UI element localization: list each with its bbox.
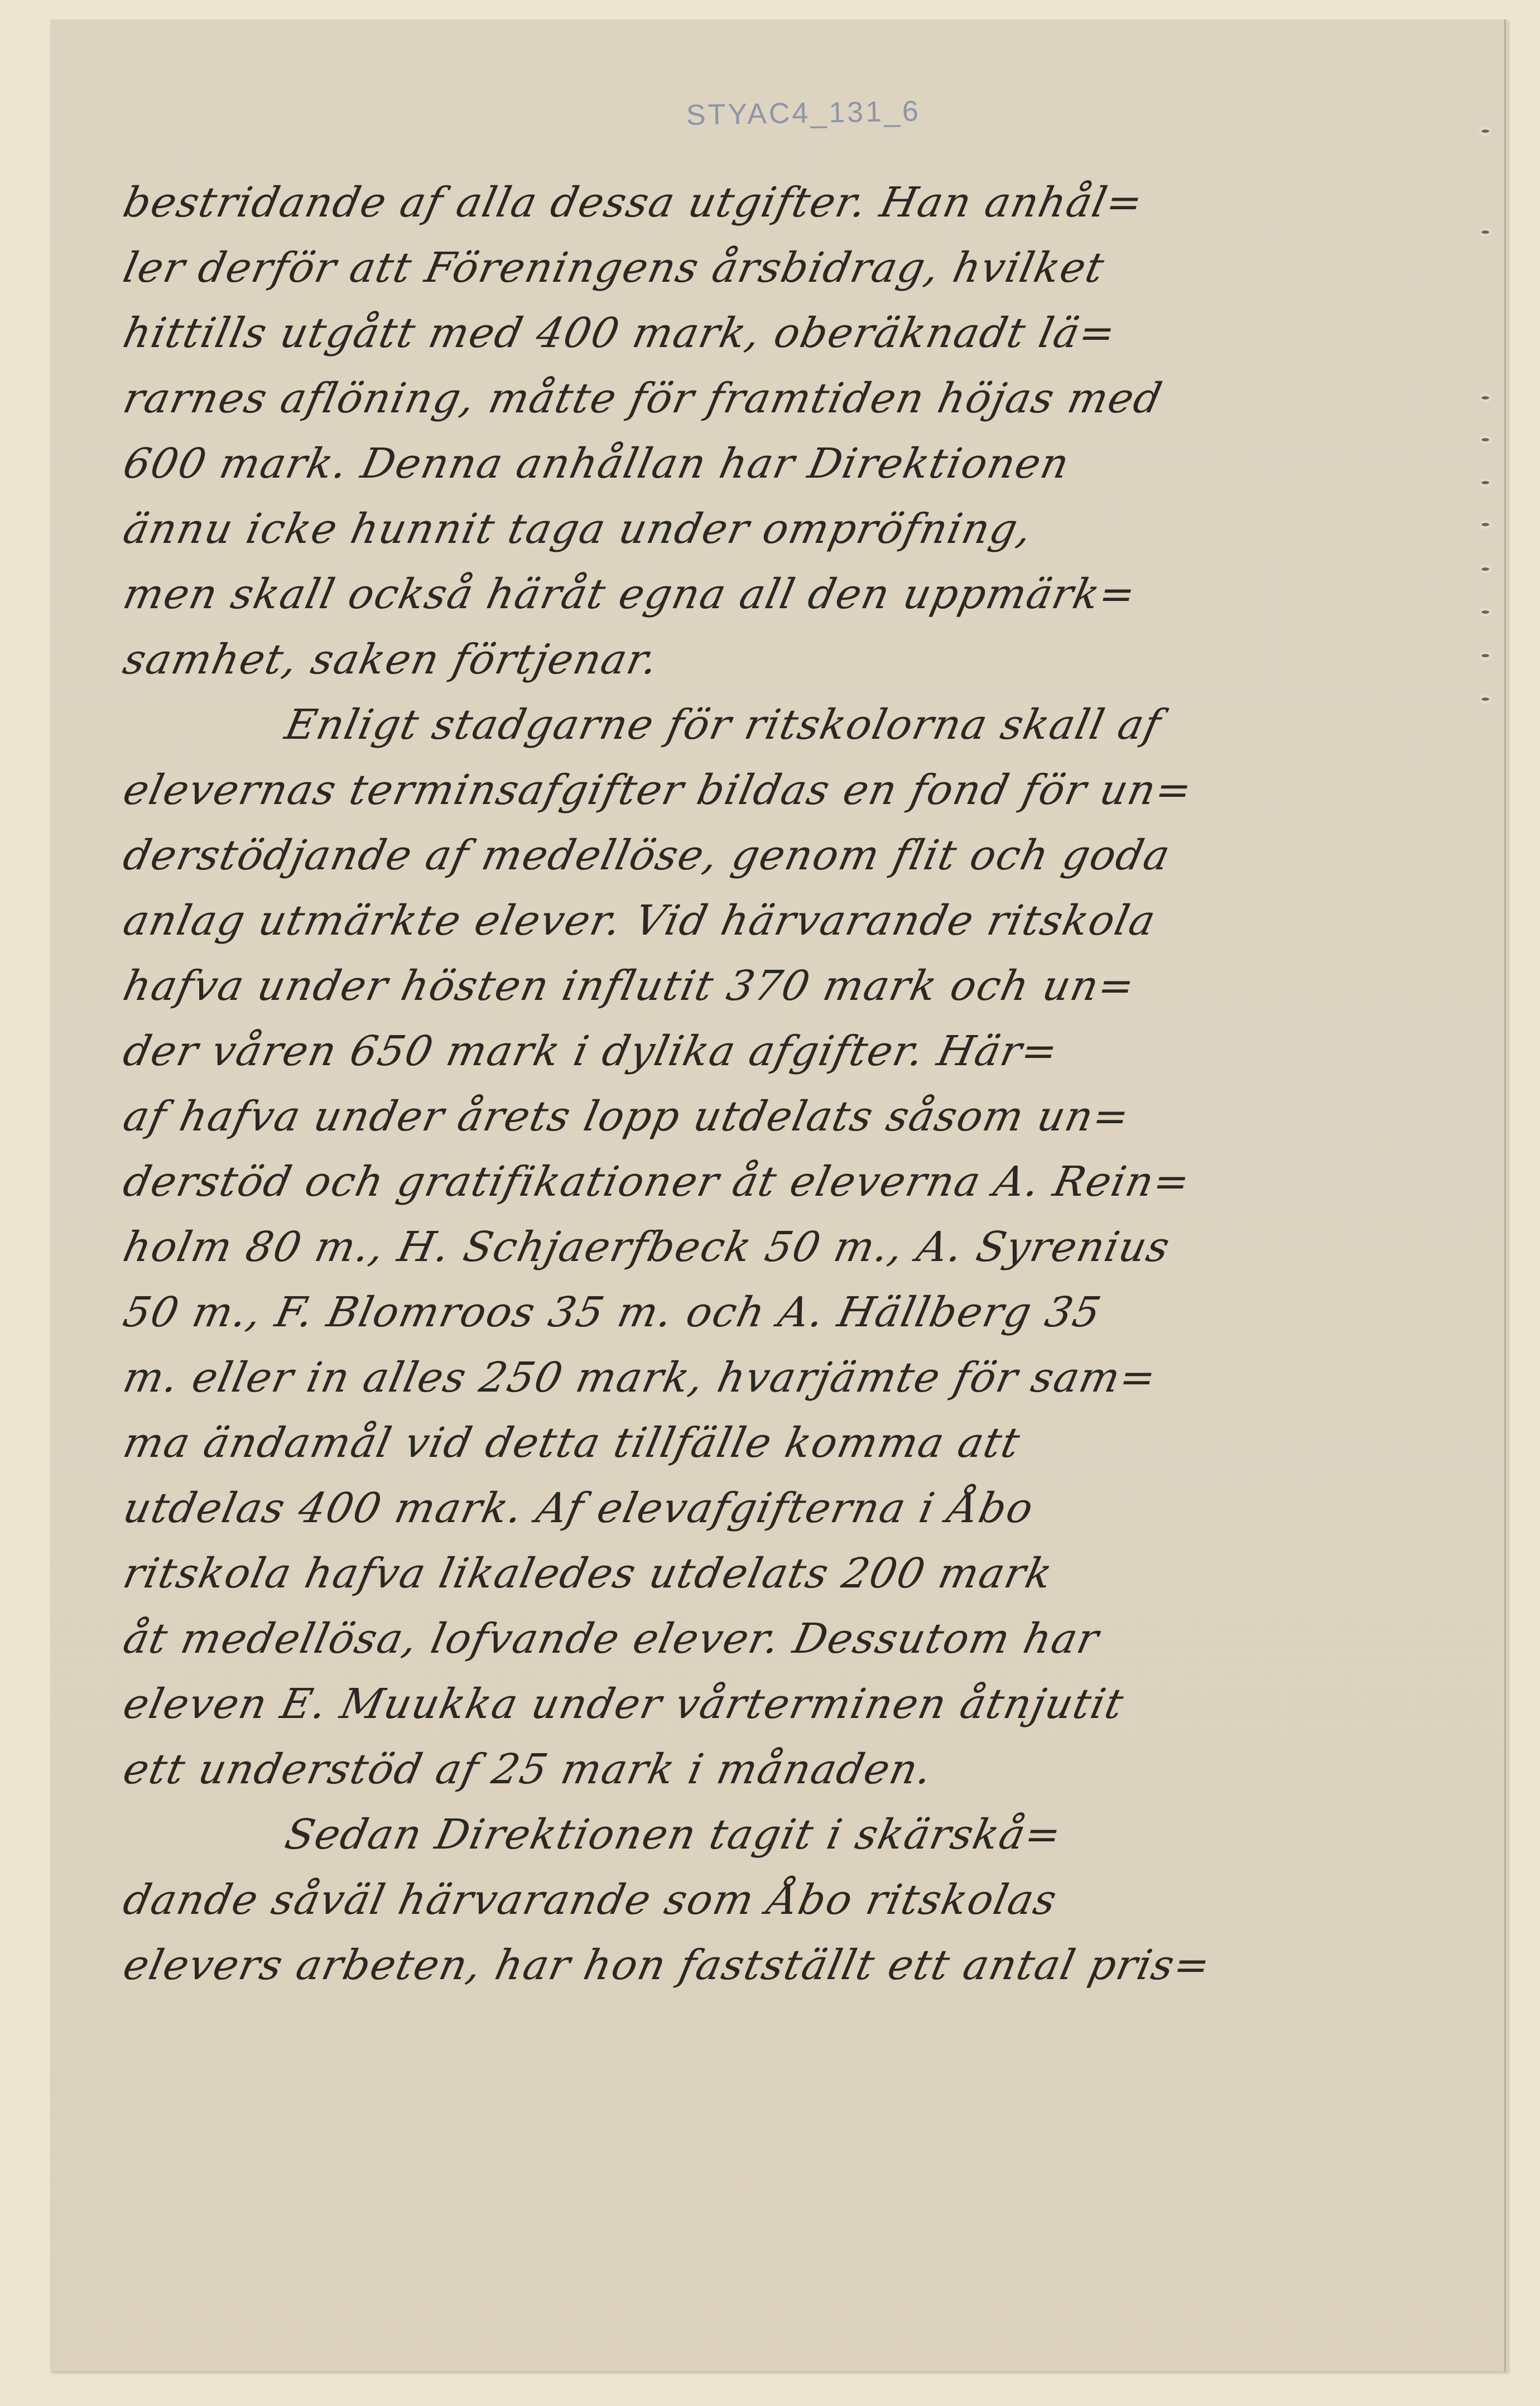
binding-hole-icon — [1481, 610, 1489, 614]
text-line: af hafva under årets lopp utdelats såsom… — [117, 1084, 1370, 1149]
text-line: 600 mark. Denna anhållan har Direktionen — [117, 431, 1370, 497]
text-line: samhet, saken förtjenar. — [117, 627, 1370, 692]
binding-hole-icon — [1481, 697, 1489, 701]
text-line: hafva under hösten influtit 370 mark och… — [117, 954, 1370, 1019]
paragraph-start-line: Enligt stadgarne för ritskolorna skall a… — [117, 692, 1370, 758]
text-line: holm 80 m., H. Schjaerfbeck 50 m., A. Sy… — [117, 1215, 1370, 1280]
text-line: utdelas 400 mark. Af elevafgifterna i Åb… — [117, 1476, 1370, 1541]
text-line: åt medellösa, lofvande elever. Dessutom … — [117, 1606, 1370, 1672]
text-line: hittills utgått med 400 mark, oberäknadt… — [117, 301, 1370, 366]
binding-hole-icon — [1481, 230, 1489, 234]
text-line: ma ändamål vid detta tillfälle komma att — [117, 1411, 1370, 1476]
text-line: m. eller in alles 250 mark, hvarjämte fö… — [117, 1345, 1370, 1411]
binding-hole-icon — [1481, 129, 1489, 133]
text-line: ler derför att Föreningens årsbidrag, hv… — [117, 235, 1370, 301]
text-line: anlag utmärkte elever. Vid härvarande ri… — [117, 888, 1370, 954]
text-line: ett understöd af 25 mark i månaden. — [117, 1737, 1370, 1802]
text-line: derstöd och gratifikationer åt eleverna … — [117, 1149, 1370, 1215]
binding-hole-icon — [1481, 396, 1489, 400]
archive-reference-mark: STYAC4_131_6 — [686, 94, 921, 132]
binding-hole-icon — [1481, 654, 1489, 657]
text-line: ännu icke hunnit taga under ompröfning, — [117, 497, 1370, 562]
page-right-edge — [1504, 20, 1506, 2371]
text-line: 50 m., F. Blomroos 35 m. och A. Hällberg… — [117, 1280, 1370, 1345]
text-line: bestridande af alla dessa utgifter. Han … — [117, 170, 1370, 235]
text-line: men skall också häråt egna all den uppmä… — [117, 562, 1370, 627]
binding-hole-icon — [1481, 567, 1489, 571]
binding-holes — [1481, 0, 1493, 2406]
binding-hole-icon — [1481, 481, 1489, 484]
manuscript-page: STYAC4_131_6 bestridande af alla dessa u… — [50, 20, 1508, 2371]
binding-hole-icon — [1481, 438, 1489, 441]
text-line: elevers arbeten, har hon fastställt ett … — [117, 1933, 1370, 1998]
text-line: derstödjande af medellöse, genom flit oc… — [117, 823, 1370, 888]
text-line: elevernas terminsafgifter bildas en fond… — [117, 758, 1370, 823]
binding-hole-icon — [1481, 523, 1489, 526]
text-line: ritskola hafva likaledes utdelats 200 ma… — [117, 1541, 1370, 1606]
text-line: dande såväl härvarande som Åbo ritskolas — [117, 1868, 1370, 1933]
text-line: der våren 650 mark i dylika afgifter. Hä… — [117, 1019, 1370, 1084]
text-line: eleven E. Muukka under vårterminen åtnju… — [117, 1672, 1370, 1737]
text-line: rarnes aflöning, måtte för framtiden höj… — [117, 366, 1370, 431]
handwritten-text-body: bestridande af alla dessa utgifter. Han … — [117, 170, 1356, 1998]
paragraph-start-line: Sedan Direktionen tagit i skärskå= — [117, 1802, 1370, 1868]
